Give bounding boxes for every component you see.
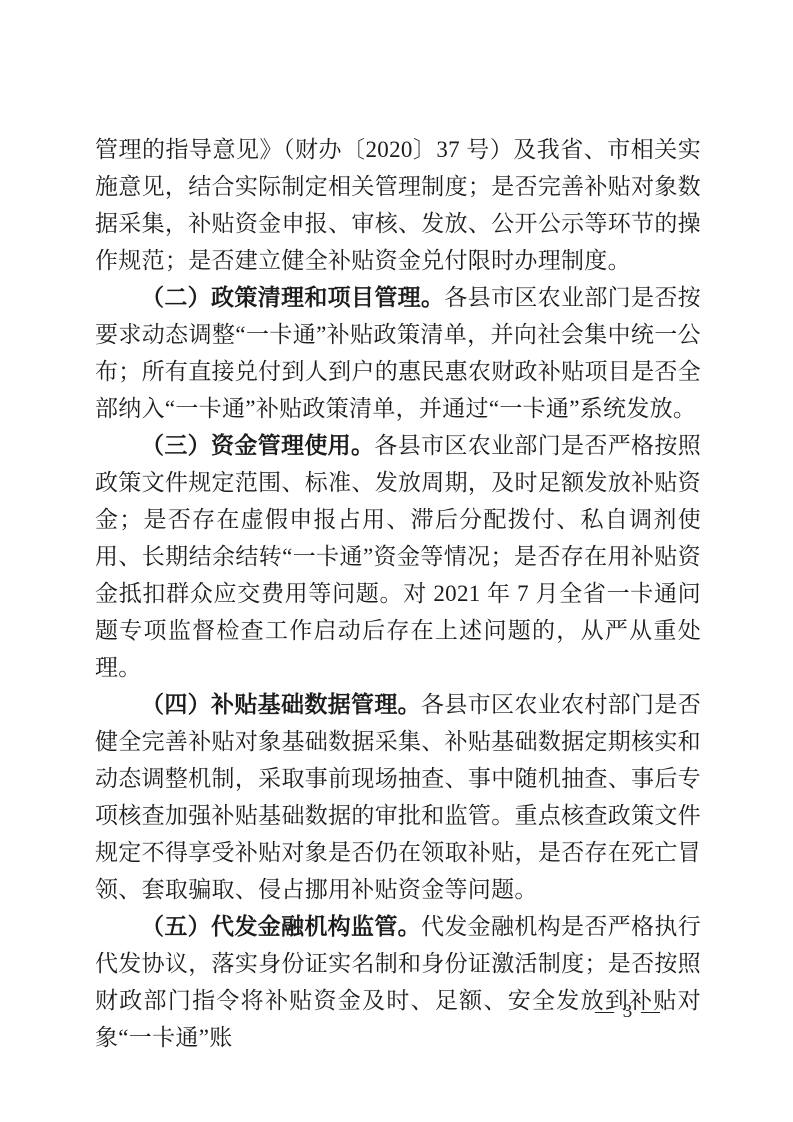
paragraph-section-5: （五）代发金融机构监管。代发金融机构是否严格执行代发协议，落实身份证实名制和身份… <box>95 908 701 1056</box>
section-heading: （四）补贴基础数据管理。 <box>141 692 421 717</box>
document-page: 管理的指导意见》（财办〔2020〕37 号）及我省、市相关实施意见，结合实际制定… <box>0 0 793 1122</box>
paragraph-section-2: （二）政策清理和项目管理。各县市区农业部门是否按要求动态调整“一卡通”补贴政策清… <box>95 279 701 427</box>
section-heading: （五）代发金融机构监管。 <box>141 914 421 939</box>
paragraph-text: 各县市区农业农村部门是否健全完善补贴对象基础数据采集、补贴基础数据定期核实和动态… <box>95 692 701 902</box>
paragraph-text: 各县市区农业部门是否严格按照政策文件规定范围、标准、发放周期，及时足额发放补贴资… <box>95 433 701 680</box>
paragraph-continuation: 管理的指导意见》（财办〔2020〕37 号）及我省、市相关实施意见，结合实际制定… <box>95 131 701 279</box>
page-number: — 3 — <box>595 1001 662 1022</box>
paragraph-text: 管理的指导意见》（财办〔2020〕37 号）及我省、市相关实施意见，结合实际制定… <box>95 137 701 273</box>
section-heading: （二）政策清理和项目管理。 <box>141 285 444 310</box>
paragraph-section-3: （三）资金管理使用。各县市区农业部门是否严格按照政策文件规定范围、标准、发放周期… <box>95 427 701 686</box>
paragraph-section-4: （四）补贴基础数据管理。各县市区农业农村部门是否健全完善补贴对象基础数据采集、补… <box>95 686 701 908</box>
section-heading: （三）资金管理使用。 <box>141 433 374 458</box>
page-footer: — 3 — <box>595 1000 662 1024</box>
document-body: 管理的指导意见》（财办〔2020〕37 号）及我省、市相关实施意见，结合实际制定… <box>95 131 701 1056</box>
